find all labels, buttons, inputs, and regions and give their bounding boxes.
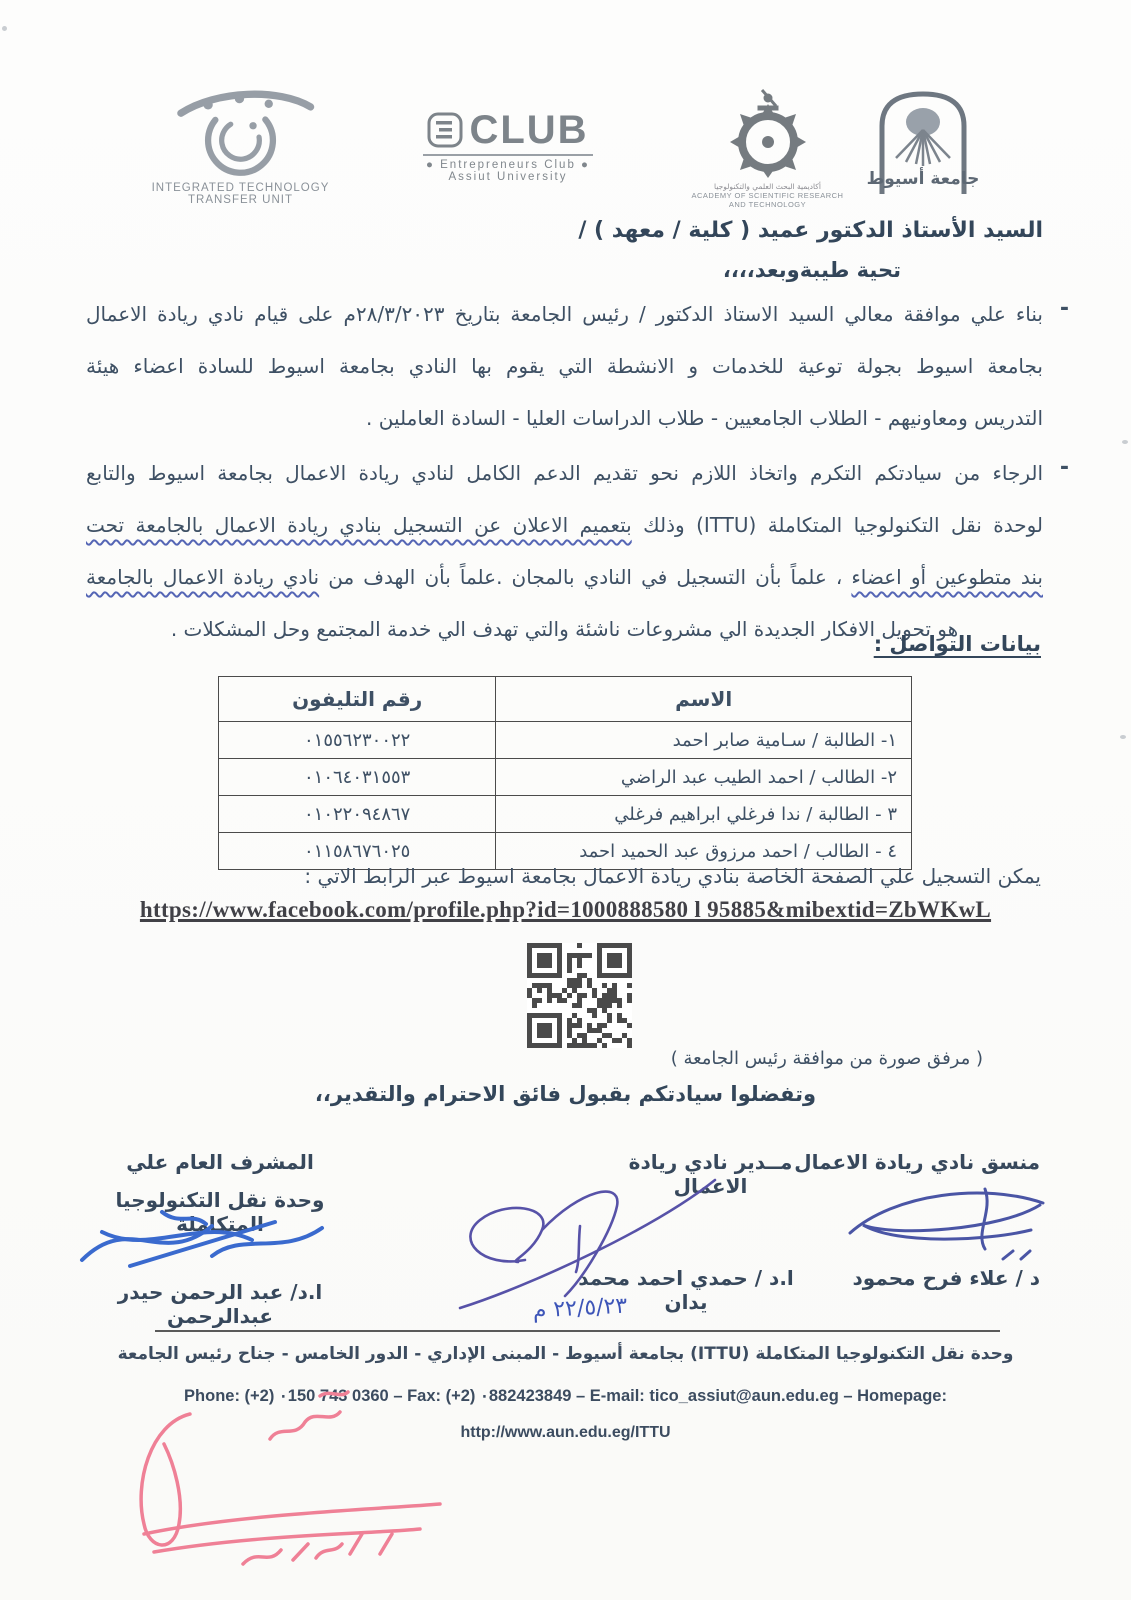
supervisor-signature	[70, 1200, 350, 1285]
academy-caption-en1: ACADEMY OF SCIENTIFIC RESEARCH	[690, 191, 845, 200]
pink-handwritten-stamp	[118, 1382, 468, 1582]
student-phone: ٠١٥٥٦٢٣٠٠٢٢	[219, 722, 496, 759]
table-row: ٣ - الطالبة / ندا فرغلي ابراهيم فرغلي ٠١…	[219, 796, 912, 833]
column-header-phone: رقم التليفون	[219, 677, 496, 722]
table-row: ٢- الطالب / احمد الطيب عبد الراضي ٠١٠٦٤٠…	[219, 759, 912, 796]
scanned-letter-page: INTEGRATED TECHNOLOGY TRANSFER UNIT CLUB…	[0, 0, 1131, 1600]
ittu-name-line2: TRANSFER UNIT	[148, 194, 333, 206]
footer-divider	[155, 1330, 1000, 1332]
para2-line2: لوحدة نقل التكنولوجيا المتكاملة (ITTU) و…	[86, 499, 1043, 551]
para2-line3: بند متطوعين أو اعضاء ، علماً بأن التسجيل…	[86, 551, 1043, 603]
para2-line3-mid: ، علماً بأن التسجيل في النادي بالمجان .ع…	[319, 565, 851, 589]
coordinator-name: د / علاء فرح محمود	[853, 1266, 1040, 1290]
contact-table: الاسم رقم التليفون ١- الطالبة / سـامية ص…	[218, 676, 912, 870]
table-header-row: الاسم رقم التليفون	[219, 677, 912, 722]
column-header-name: الاسم	[496, 677, 912, 722]
club-logo: CLUB ● Entrepreneurs Club ● Assiut Unive…	[423, 110, 593, 183]
scan-artifact	[1120, 735, 1126, 739]
student-name: ٢- الطالب / احمد الطيب عبد الراضي	[496, 759, 912, 796]
paragraph-request: الرجاء من سيادتكم التكرم واتخاذ اللازم ن…	[86, 447, 1043, 655]
university-logo: جامعة أسيوط	[858, 84, 988, 200]
salutation-line: وتفضلوا سيادتكم بقبول فائق الاحترام والت…	[0, 1082, 1131, 1106]
club-subtitle: ● Entrepreneurs Club ●	[423, 159, 593, 171]
table-row: ١- الطالبة / سـامية صابر احمد ٠١٥٥٦٢٣٠٠٢…	[219, 722, 912, 759]
recipient-line: السيد الأستاذ الدكتور عميد ( كلية / معهد…	[578, 218, 1043, 243]
para1-line2: بجامعة اسيوط بجولة توعية للخدمات و الانش…	[86, 340, 1043, 392]
bullet-dash: -	[1060, 296, 1069, 321]
qr-code	[527, 943, 632, 1052]
ittu-swirl-icon	[148, 86, 333, 178]
coordinator-signature	[835, 1175, 1060, 1275]
para2-line2-underlined: بتعميم الاعلان عن التسجيل بنادي ريادة ال…	[86, 513, 632, 537]
student-phone: ٠١٠٦٤٠٣١٥٥٣	[219, 759, 496, 796]
academy-caption-ar: أكاديمية البحث العلمي والتكنولوجيا	[690, 182, 845, 191]
greeting-line: تحية طيبةوبعد،،،،	[723, 258, 901, 282]
student-name: ٣ - الطالبة / ندا فرغلي ابراهيم فرغلي	[496, 796, 912, 833]
ittu-logo: INTEGRATED TECHNOLOGY TRANSFER UNIT	[148, 86, 333, 206]
academy-caption-en2: AND TECHNOLOGY	[690, 200, 845, 209]
registration-url-wrap: https://www.facebook.com/profile.php?id=…	[0, 897, 1131, 923]
student-name: ١- الطالبة / سـامية صابر احمد	[496, 722, 912, 759]
scan-artifact	[1122, 440, 1128, 444]
registration-line: يمكن التسجيل علي الصفحة الخاصة بنادي ريا…	[304, 864, 1041, 888]
student-phone: ٠١٠٢٢٠٩٤٨٦٧	[219, 796, 496, 833]
club-wordmark: CLUB	[469, 110, 588, 150]
club-e-icon	[427, 112, 463, 148]
paragraph-approval: بناء علي موافقة معالي السيد الاستاذ الدك…	[86, 288, 1043, 444]
facebook-profile-link[interactable]: https://www.facebook.com/profile.php?id=…	[140, 897, 991, 922]
academy-logo: أكاديمية البحث العلمي والتكنولوجيا ACADE…	[690, 82, 845, 209]
para1-line1: بناء علي موافقة معالي السيد الاستاذ الدك…	[86, 288, 1043, 340]
para2-line3-underlined2: نادي ريادة الاعمال بالجامعة	[86, 565, 319, 589]
para1-line3: التدريس ومعاونيهم - الطلاب الجامعيين - ط…	[86, 392, 1043, 444]
attachment-note: ( مرفق صورة من موافقة رئيس الجامعة )	[671, 1048, 983, 1069]
bullet-dash-2: -	[1060, 455, 1069, 480]
university-name: جامعة أسيوط	[867, 167, 980, 189]
academy-emblem-icon	[698, 82, 838, 178]
supervisor-title-line1: المشرف العام علي	[100, 1150, 340, 1174]
ittu-name-line1: INTEGRATED TECHNOLOGY	[148, 182, 333, 194]
para2-line3-underlined1: بند متطوعين أو اعضاء	[851, 565, 1043, 589]
club-subtitle2: Assiut University	[423, 171, 593, 183]
contact-data-heading: بيانات التواصل :	[874, 632, 1041, 656]
footer-address: وحدة نقل التكنولوجيا المتكاملة (ITTU) بج…	[0, 1344, 1131, 1364]
assiut-university-emblem-icon: جامعة أسيوط	[864, 84, 982, 196]
para2-line1: الرجاء من سيادتكم التكرم واتخاذ اللازم ن…	[86, 447, 1043, 499]
scan-artifact	[2, 26, 7, 31]
para2-line2-pre: لوحدة نقل التكنولوجيا المتكاملة (ITTU) و…	[632, 513, 1043, 537]
supervisor-name: ا.د/ عبد الرحمن حيدر عبدالرحمن	[92, 1280, 348, 1328]
coordinator-title: منسق نادي ريادة الاعمال	[794, 1150, 1040, 1174]
